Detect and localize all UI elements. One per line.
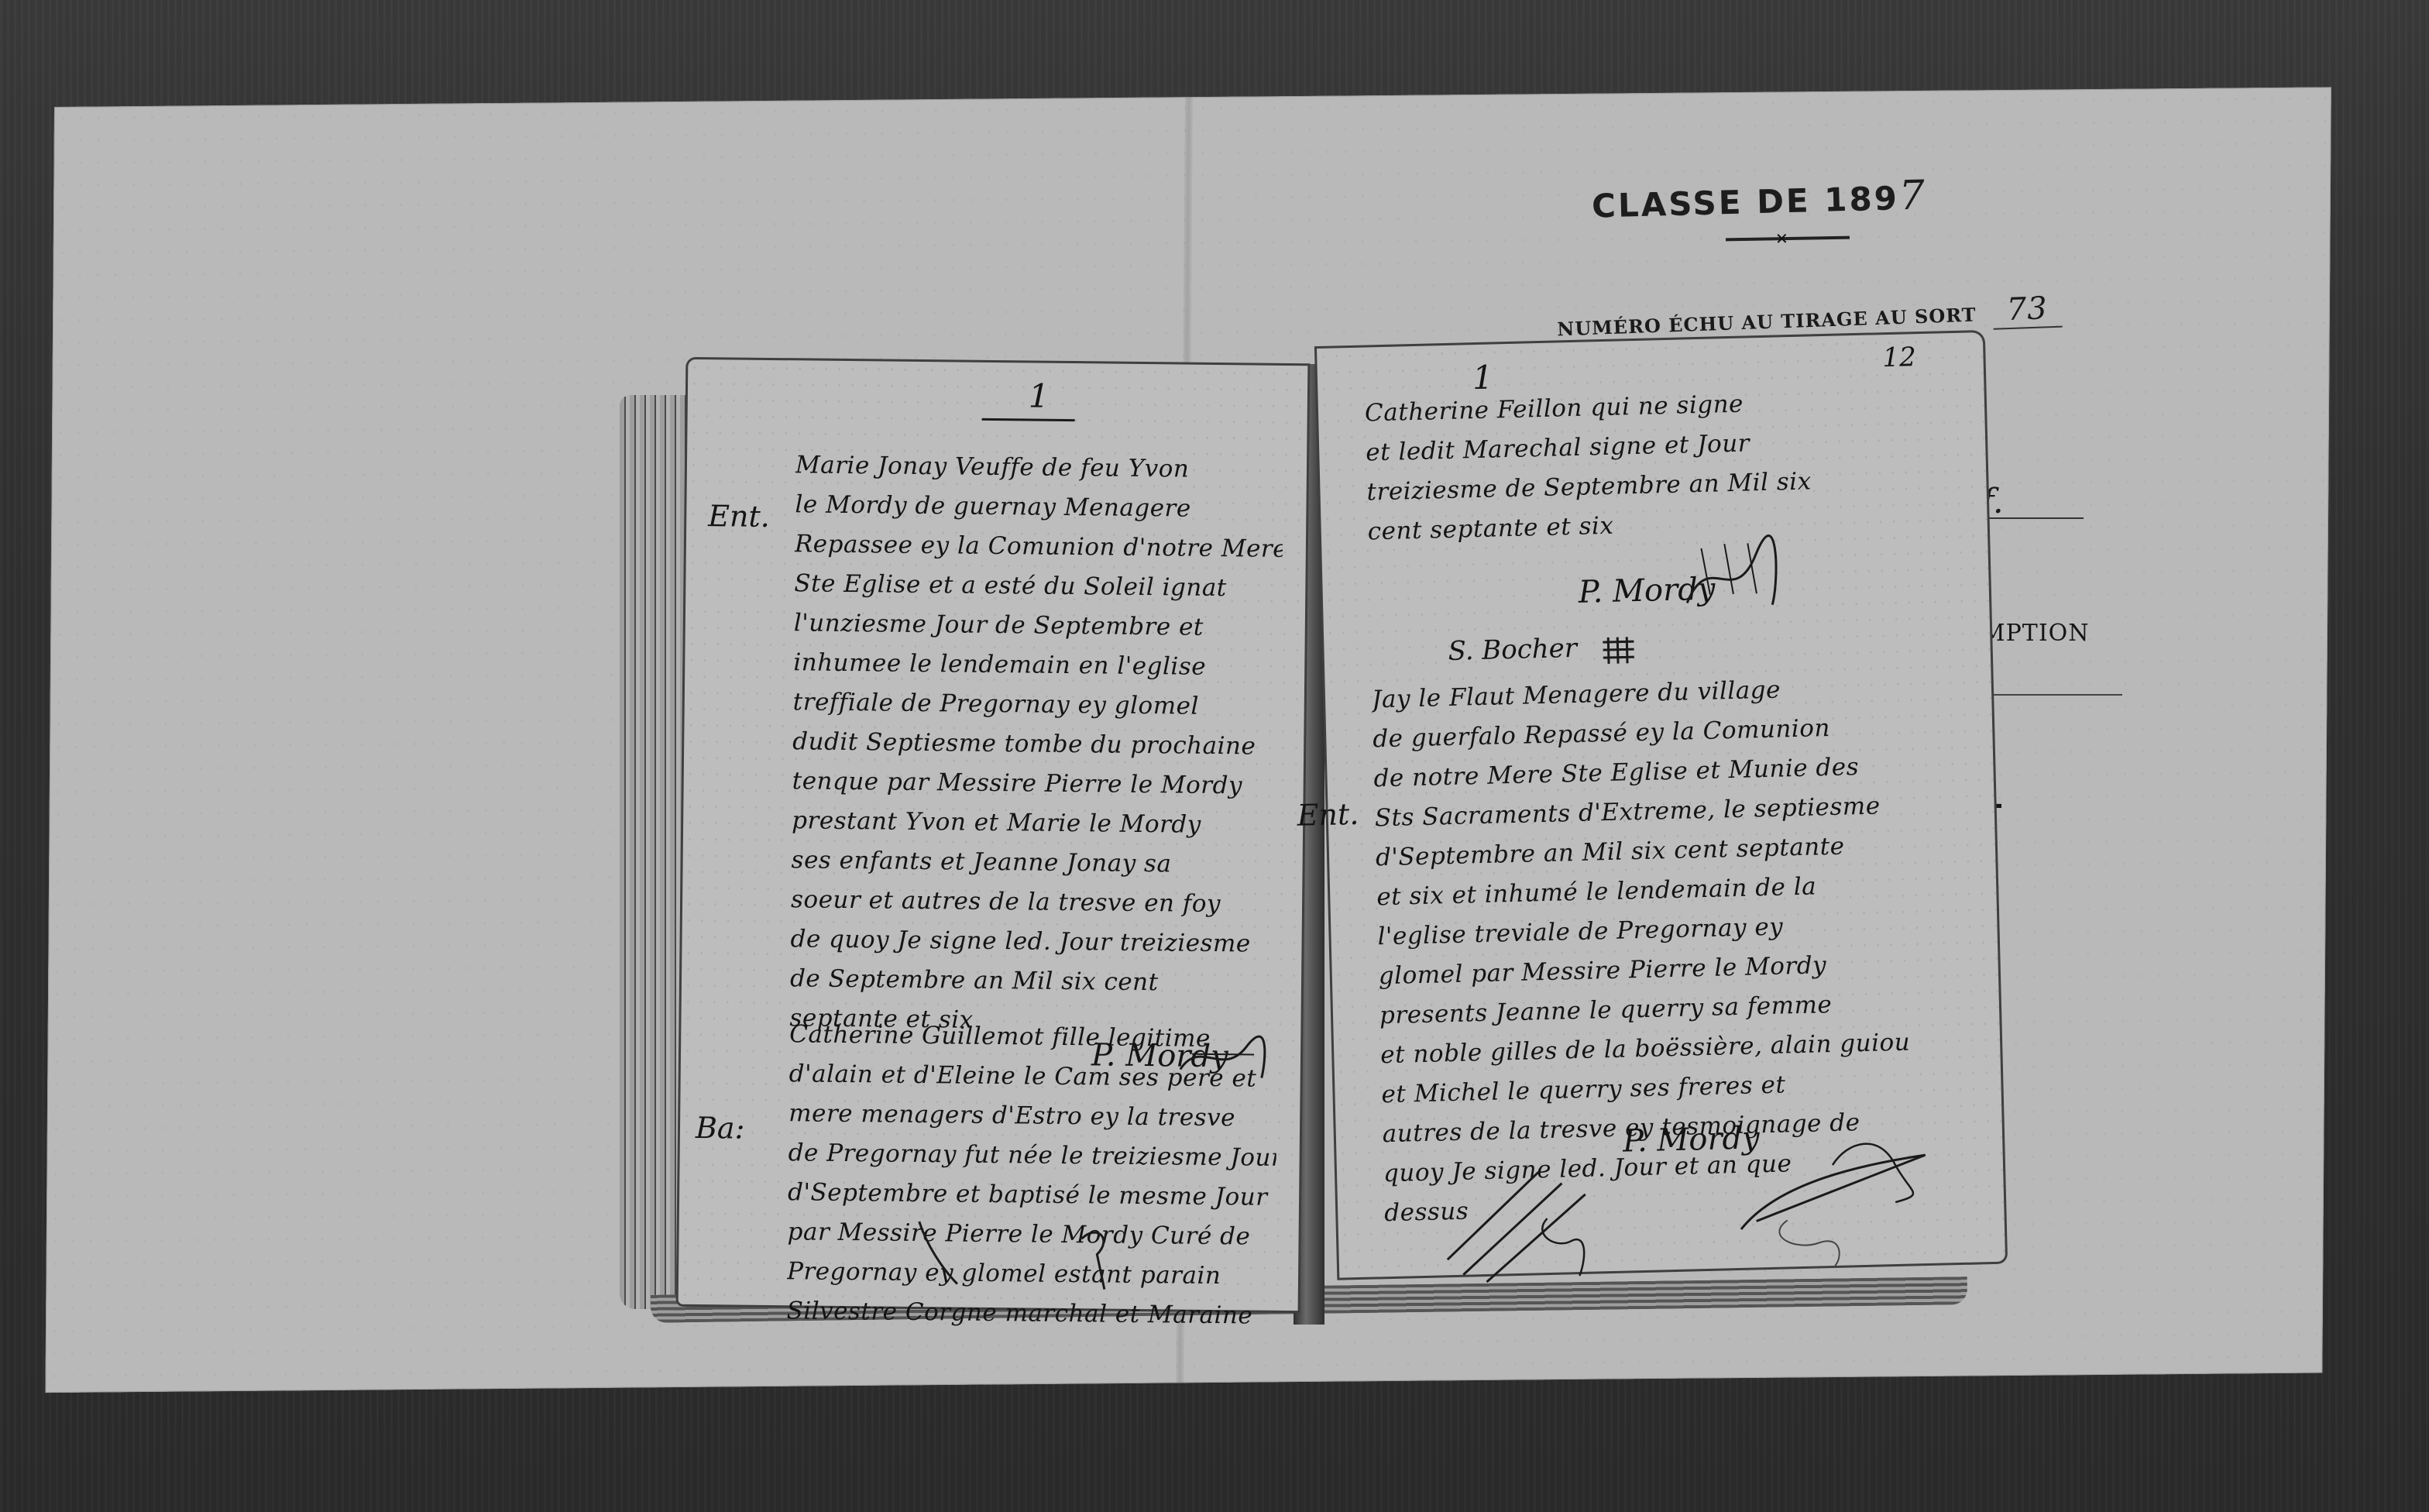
burial-entry-marie-jonay: Marie Jonay Veuffe de feu Yvon le Mordy …	[789, 445, 1283, 1043]
entry-line: soeur et autres de la tresve en foy	[791, 880, 1279, 925]
margin-note-ba: Ba:	[696, 1111, 745, 1146]
entry-line: l'unziesme Jour de Septembre et	[794, 603, 1282, 648]
entry-line: inhumee le lendemain en l'eglise	[793, 643, 1281, 688]
register-right-page: 1 12 Catherine Feillon qui ne signe et l…	[1317, 332, 2005, 1278]
entry-heading-bocher: S. Bocher	[1448, 633, 1577, 667]
pen-mark-icon	[911, 1214, 1144, 1294]
pen-loops-icon	[1531, 1201, 1920, 1280]
register-left-page: 1 Ent. Marie Jonay Veuffe de feu Yvon le…	[679, 359, 1308, 1311]
left-folio-number: 1	[1029, 376, 1050, 414]
class-year-handwritten: 7	[1898, 172, 1928, 219]
entry-line: de Pregornay fut née le treiziesme Jour	[788, 1133, 1276, 1178]
parish-register-book: 1 Ent. Marie Jonay Veuffe de feu Yvon le…	[620, 333, 1991, 1332]
baptism-entry-continued: Catherine Feillon qui ne signe et ledit …	[1364, 380, 1964, 552]
class-year-heading: CLASSE DE 1897	[1591, 172, 1927, 227]
margin-note-ent: Ent.	[1297, 797, 1359, 833]
entry-line: ses enfants et Jeanne Jonay sa	[791, 840, 1279, 885]
entry-line: mere menagers d'Estro ey la tresve	[788, 1094, 1276, 1139]
hash-mark-icon	[1599, 635, 1638, 667]
entry-line: le Mordy de guernay Menagere	[795, 485, 1283, 530]
entry-line: d'Septembre et baptisé le mesme Jour	[788, 1173, 1276, 1218]
entry-line: Catherine Guillemot fille legitime	[789, 1015, 1277, 1060]
right-folio-alt: 12	[1882, 342, 1916, 373]
entry-line: Marie Jonay Veuffe de feu Yvon	[795, 445, 1283, 490]
entry-line: Repassee ey la Comunion d'notre Mere	[795, 524, 1283, 569]
entry-line: treffiale de Pregornay ey glomel	[793, 682, 1281, 727]
entry-line: Silvestre Corgne marchal et Maraine	[786, 1291, 1274, 1336]
ornament-glyph-icon: ✕	[1775, 229, 1788, 248]
draw-number-value: 73	[1992, 290, 2063, 330]
entry-line: tenque par Messire Pierre le Mordy	[792, 761, 1280, 806]
margin-note-ent: Ent.	[708, 499, 770, 534]
entry-line: de Septembre an Mil six cent	[790, 959, 1278, 1004]
folio-underline	[982, 418, 1075, 421]
signature-flourish-icon	[1678, 531, 1788, 618]
class-label: CLASSE DE 189	[1591, 179, 1899, 225]
entry-line: Ste Eglise et a esté du Soleil ignat	[794, 564, 1282, 609]
entry-line: d'alain et d'Eleine le Cam ses pere et	[788, 1054, 1276, 1099]
entry-line: de quoy Je signe led. Jour treiziesme	[790, 919, 1278, 964]
entry-line: dudit Septiesme tombe du prochaine	[792, 722, 1280, 767]
entry-line: prestant Yvon et Marie le Mordy	[792, 801, 1280, 846]
